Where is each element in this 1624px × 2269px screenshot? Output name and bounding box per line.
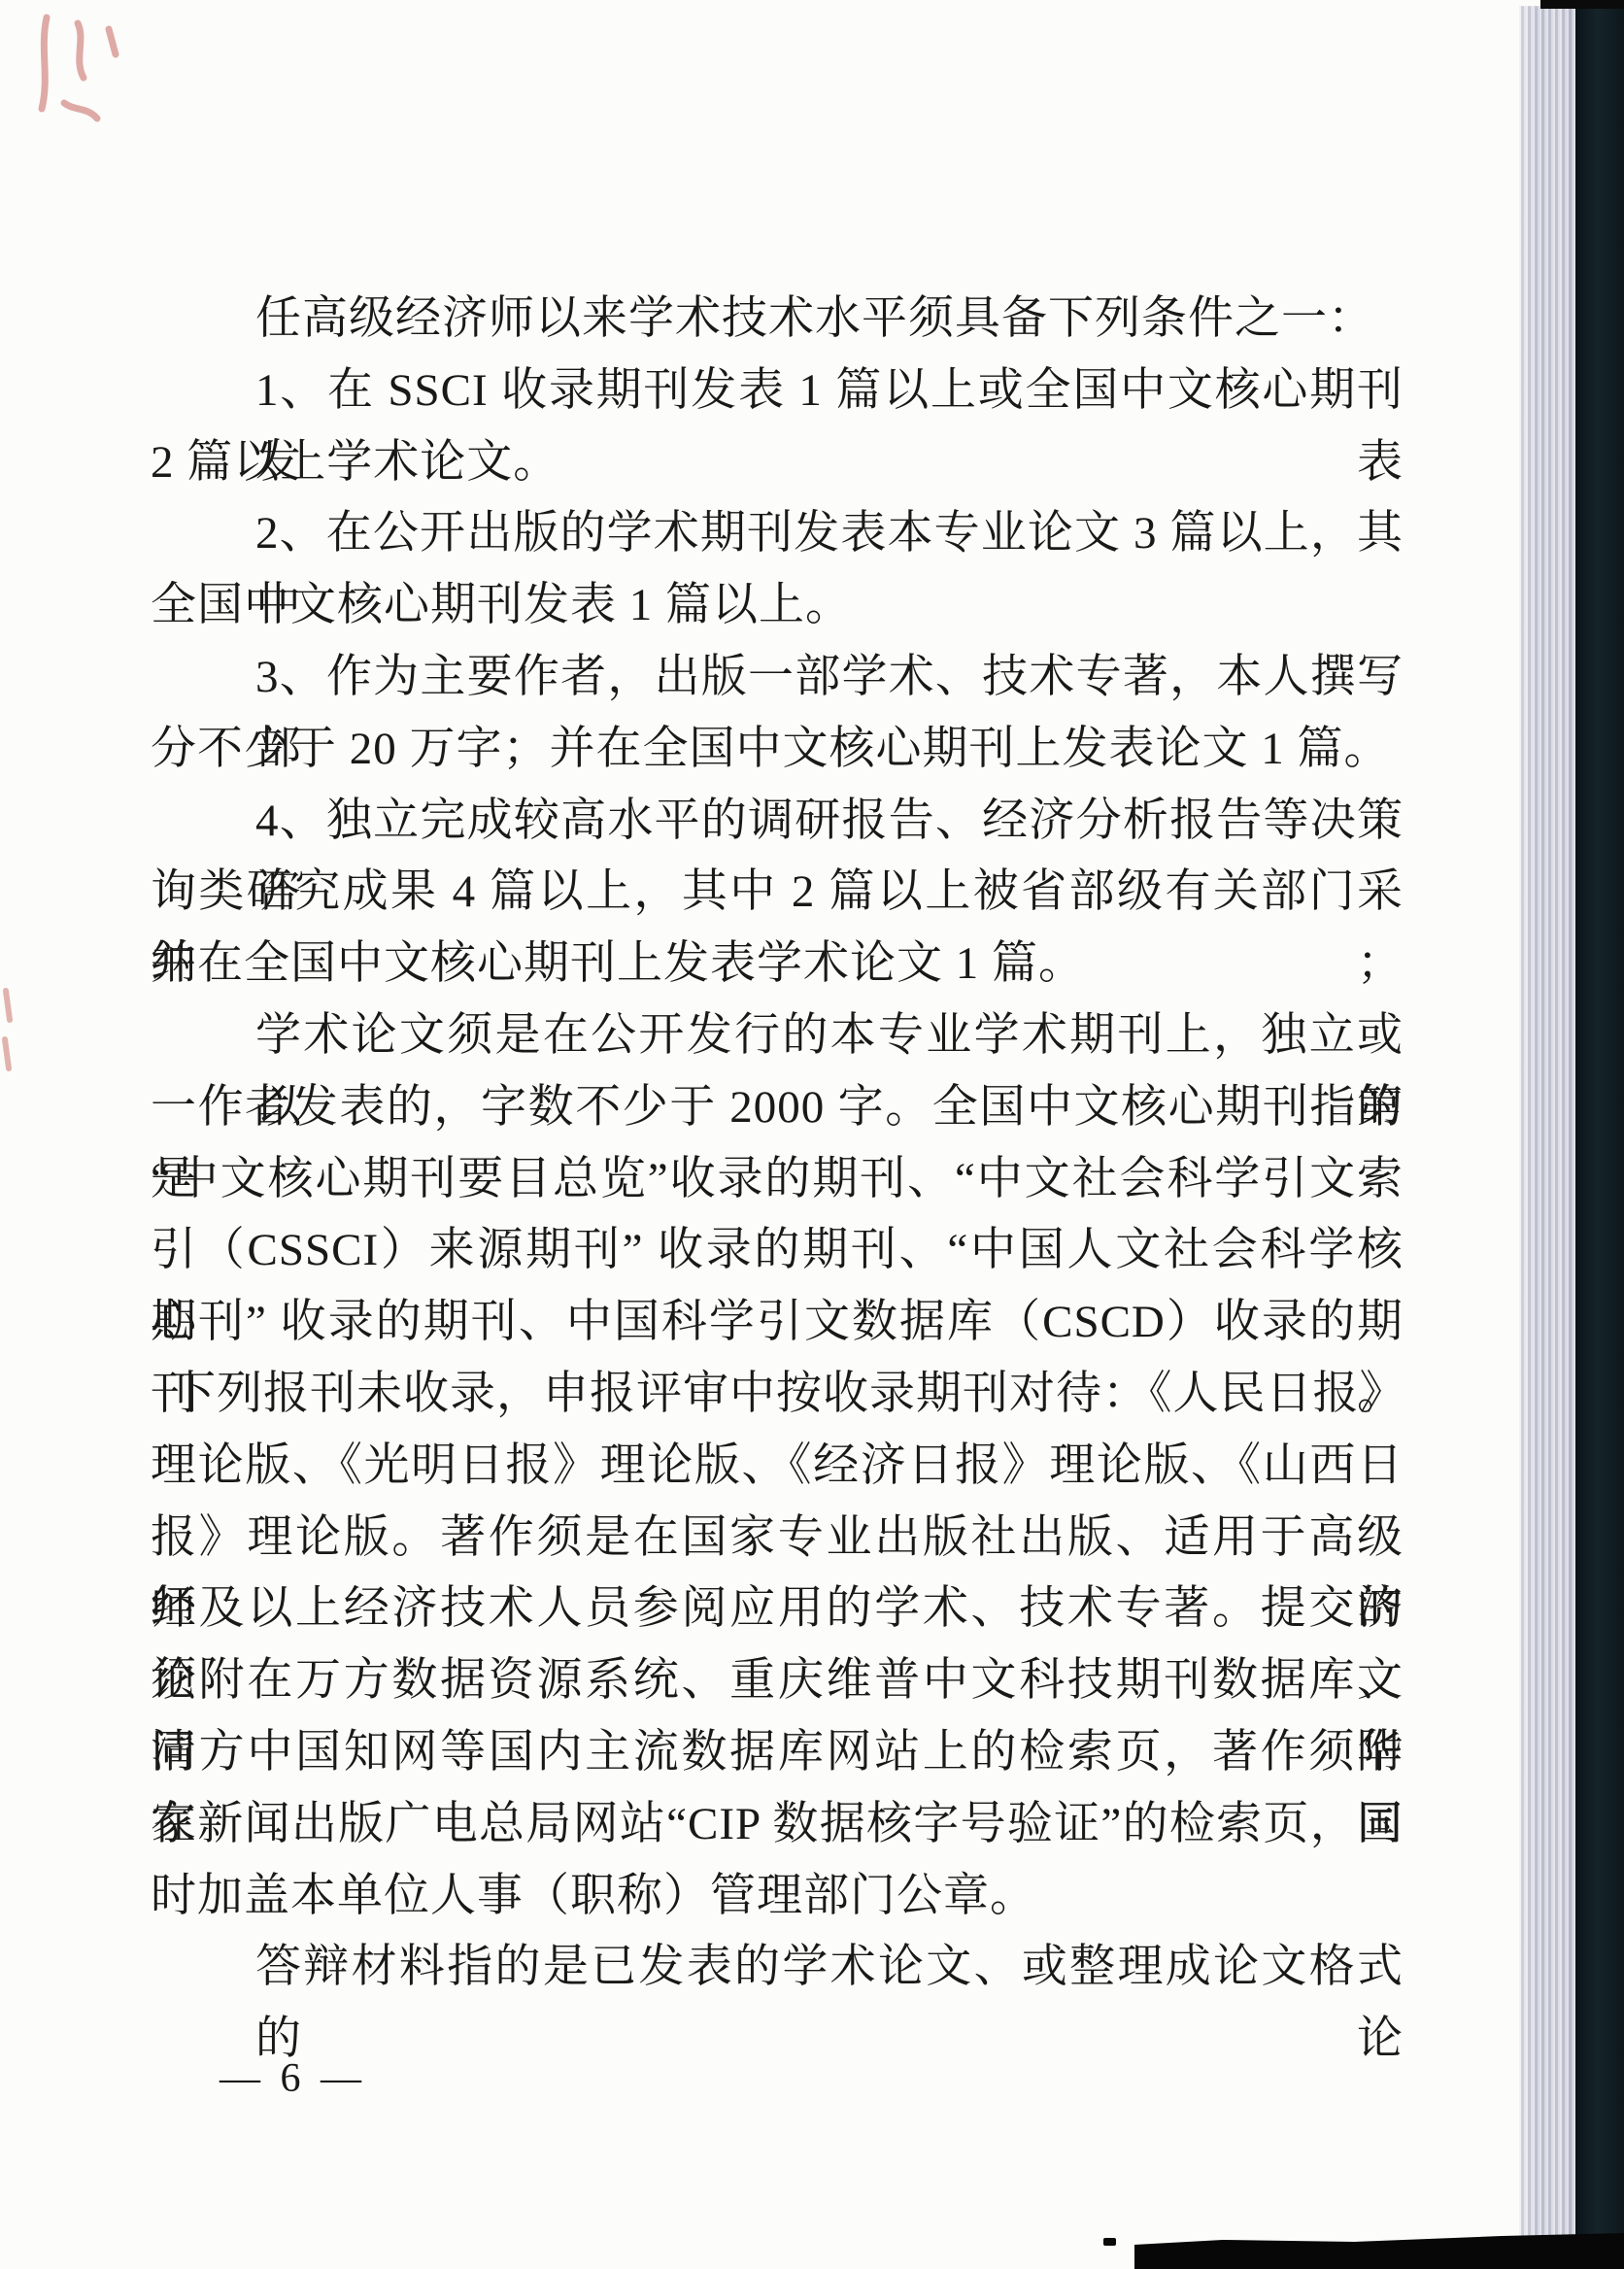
text-line: 任高级经济师以来学术技术水平须具备下列条件之一： xyxy=(151,284,1404,356)
scan-edge-strip xyxy=(1519,6,1577,2269)
scan-dark-band xyxy=(1575,0,1624,2269)
document-page: 任高级经济师以来学术技术水平须具备下列条件之一：1、在 SSCI 收录期刊发表 … xyxy=(0,0,1624,2269)
text-line: 理论版、《光明日报》理论版、《经济日报》理论版、《山西日 xyxy=(151,1431,1404,1503)
text-line: 时加盖本单位人事（职称）管理部门公章。 xyxy=(151,1861,1404,1933)
scan-bottom-band xyxy=(1134,2232,1624,2269)
text-line: 4、独立完成较高水平的调研报告、经济分析报告等决策咨 xyxy=(151,786,1404,858)
text-line: 学术论文须是在公开发行的本专业学术期刊上，独立或以第 xyxy=(151,1000,1404,1072)
text-line: 答辩材料指的是已发表的学术论文、或整理成论文格式的论 xyxy=(151,1932,1404,2004)
red-pen-mark-left-icon xyxy=(0,985,17,1074)
red-pen-marks-icon xyxy=(25,8,132,144)
text-line: 分不少于 20 万字；并在全国中文核心期刊上发表论文 1 篇。 xyxy=(151,714,1404,786)
text-line: 1、在 SSCI 收录期刊发表 1 篇以上或全国中文核心期刊发表 xyxy=(151,356,1404,427)
text-line: 全国中文核心期刊发表 1 篇以上。 xyxy=(151,570,1404,642)
scan-speck xyxy=(1103,2238,1116,2246)
text-line: 报》理论版。著作须是在国家专业出版社出版、适用于高级经济 xyxy=(151,1503,1404,1575)
text-line: 下列报刊未收录，申报评审中按收录期刊对待：《人民日报》 xyxy=(151,1359,1404,1431)
text-block: 任高级经济师以来学术技术水平须具备下列条件之一：1、在 SSCI 收录期刊发表 … xyxy=(151,284,1404,2004)
text-line: 引（CSSCI）来源期刊” 收录的期刊、“中国人文社会科学核心 xyxy=(151,1215,1404,1287)
text-line: 3、作为主要作者，出版一部学术、技术专著，本人撰写部 xyxy=(151,642,1404,714)
text-lines: 任高级经济师以来学术技术水平须具备下列条件之一：1、在 SSCI 收录期刊发表 … xyxy=(151,284,1404,2004)
text-line: 期刊” 收录的期刊、中国科学引文数据库（CSCD）收录的期刊。 xyxy=(151,1287,1404,1359)
text-line: 询类研究成果 4 篇以上，其中 2 篇以上被省部级有关部门采纳； xyxy=(151,857,1404,929)
text-line: “中文核心期刊要目总览”收录的期刊、“中文社会科学引文索 xyxy=(151,1144,1404,1216)
text-line: 同方中国知网等国内主流数据库网站上的检索页，著作须附在国 xyxy=(151,1717,1404,1789)
text-line: 家新闻出版广电总局网站“CIP 数据核字号验证”的检索页，同 xyxy=(151,1789,1404,1861)
page-number: — 6 — xyxy=(220,2055,366,2102)
text-line: 师及以上经济技术人员参阅应用的学术、技术专著。提交的论文 xyxy=(151,1574,1404,1645)
scan-top-sliver xyxy=(1540,0,1624,9)
text-line: 一作者发表的，字数不少于 2000 字。全国中文核心期刊指的是 xyxy=(151,1072,1404,1144)
text-line: 须附在万方数据资源系统、重庆维普中文科技期刊数据库、清华 xyxy=(151,1645,1404,1717)
text-line: 2、在公开出版的学术期刊发表本专业论文 3 篇以上，其中 xyxy=(151,498,1404,570)
